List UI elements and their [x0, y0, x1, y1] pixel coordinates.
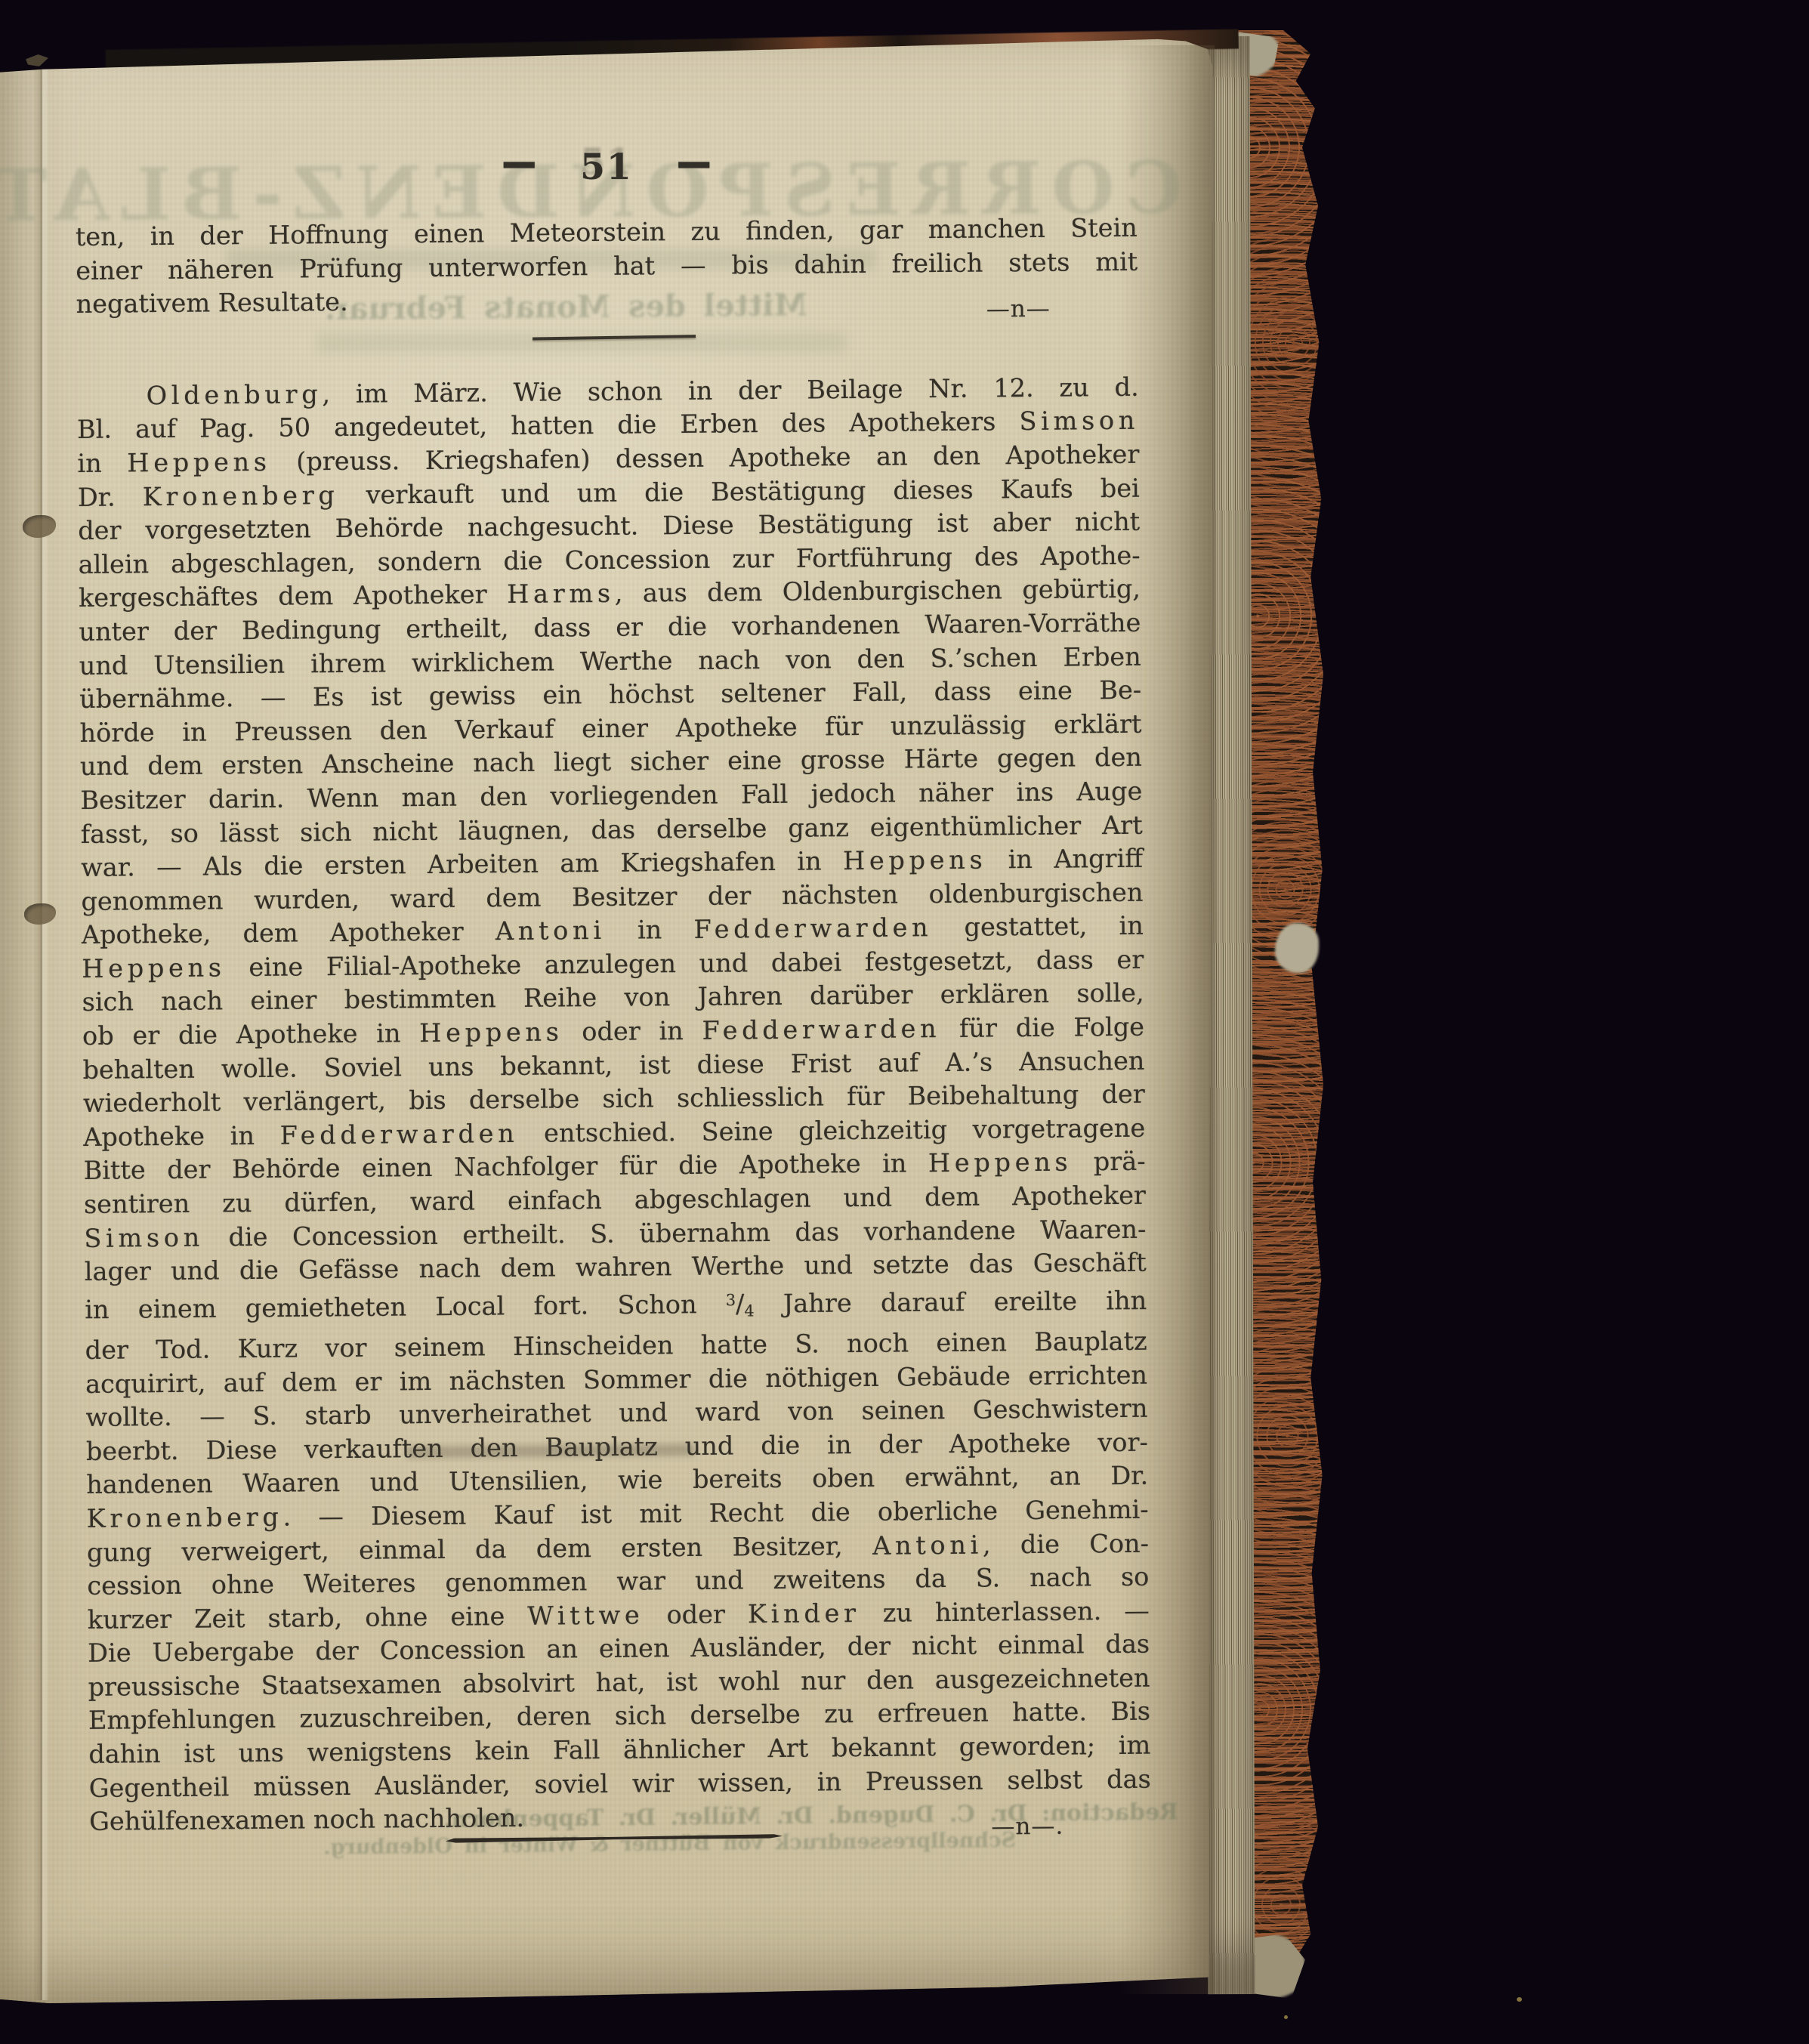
text-column: ten, in der Hoffnung einen Meteorstein z…	[76, 212, 1152, 1839]
header-dash-right: —	[677, 131, 712, 192]
letterspaced-name: Kinder	[748, 1598, 860, 1629]
letterspaced-name: Heppens	[82, 953, 226, 983]
letterspaced-name: Heppens	[843, 845, 987, 876]
page-header: —51—	[76, 140, 1138, 188]
letterspaced-name: Antoni	[872, 1530, 983, 1560]
letterspaced-name: Kronenberg	[143, 480, 339, 511]
letterspaced-name: Heppens	[928, 1147, 1073, 1178]
author-signature: —n—.	[991, 1810, 1063, 1844]
letterspaced-name: Simson	[84, 1222, 204, 1252]
letterspaced-name: Heppens	[419, 1017, 563, 1048]
stitch-hole	[26, 54, 48, 66]
letterspaced-name: Kronenberg	[86, 1502, 282, 1533]
letterspaced-name: Fedderwarden	[702, 1014, 940, 1045]
letterspaced-name: Heppens	[127, 447, 271, 478]
letterspaced-name: Fedderwarden	[693, 912, 932, 944]
header-dash-left: —	[502, 131, 536, 192]
letterspaced-name: Fedderwarden	[279, 1119, 518, 1150]
fraction: 3/4	[726, 1289, 755, 1318]
letterspaced-name: Wittwe	[527, 1600, 644, 1630]
letterspaced-name: Antoni	[495, 915, 606, 946]
page-scan-root: CORRESPONDENZ-BLATT Mittel des Monats Fe…	[0, 0, 1809, 2044]
dust-speck	[1284, 2015, 1288, 2019]
ink-smear	[406, 1443, 695, 1458]
letterspaced-name: Oldenburg	[147, 379, 323, 410]
letterspaced-name: Harms	[507, 579, 615, 609]
binding-crease	[33, 69, 50, 2000]
torn-paper-patch-middle	[1275, 923, 1319, 973]
author-signature: —n—	[986, 292, 1051, 326]
section-divider	[533, 335, 696, 340]
page-number: 51	[580, 147, 632, 188]
letterspaced-name: Simson	[1019, 406, 1139, 436]
dust-speck	[1517, 1997, 1522, 2002]
